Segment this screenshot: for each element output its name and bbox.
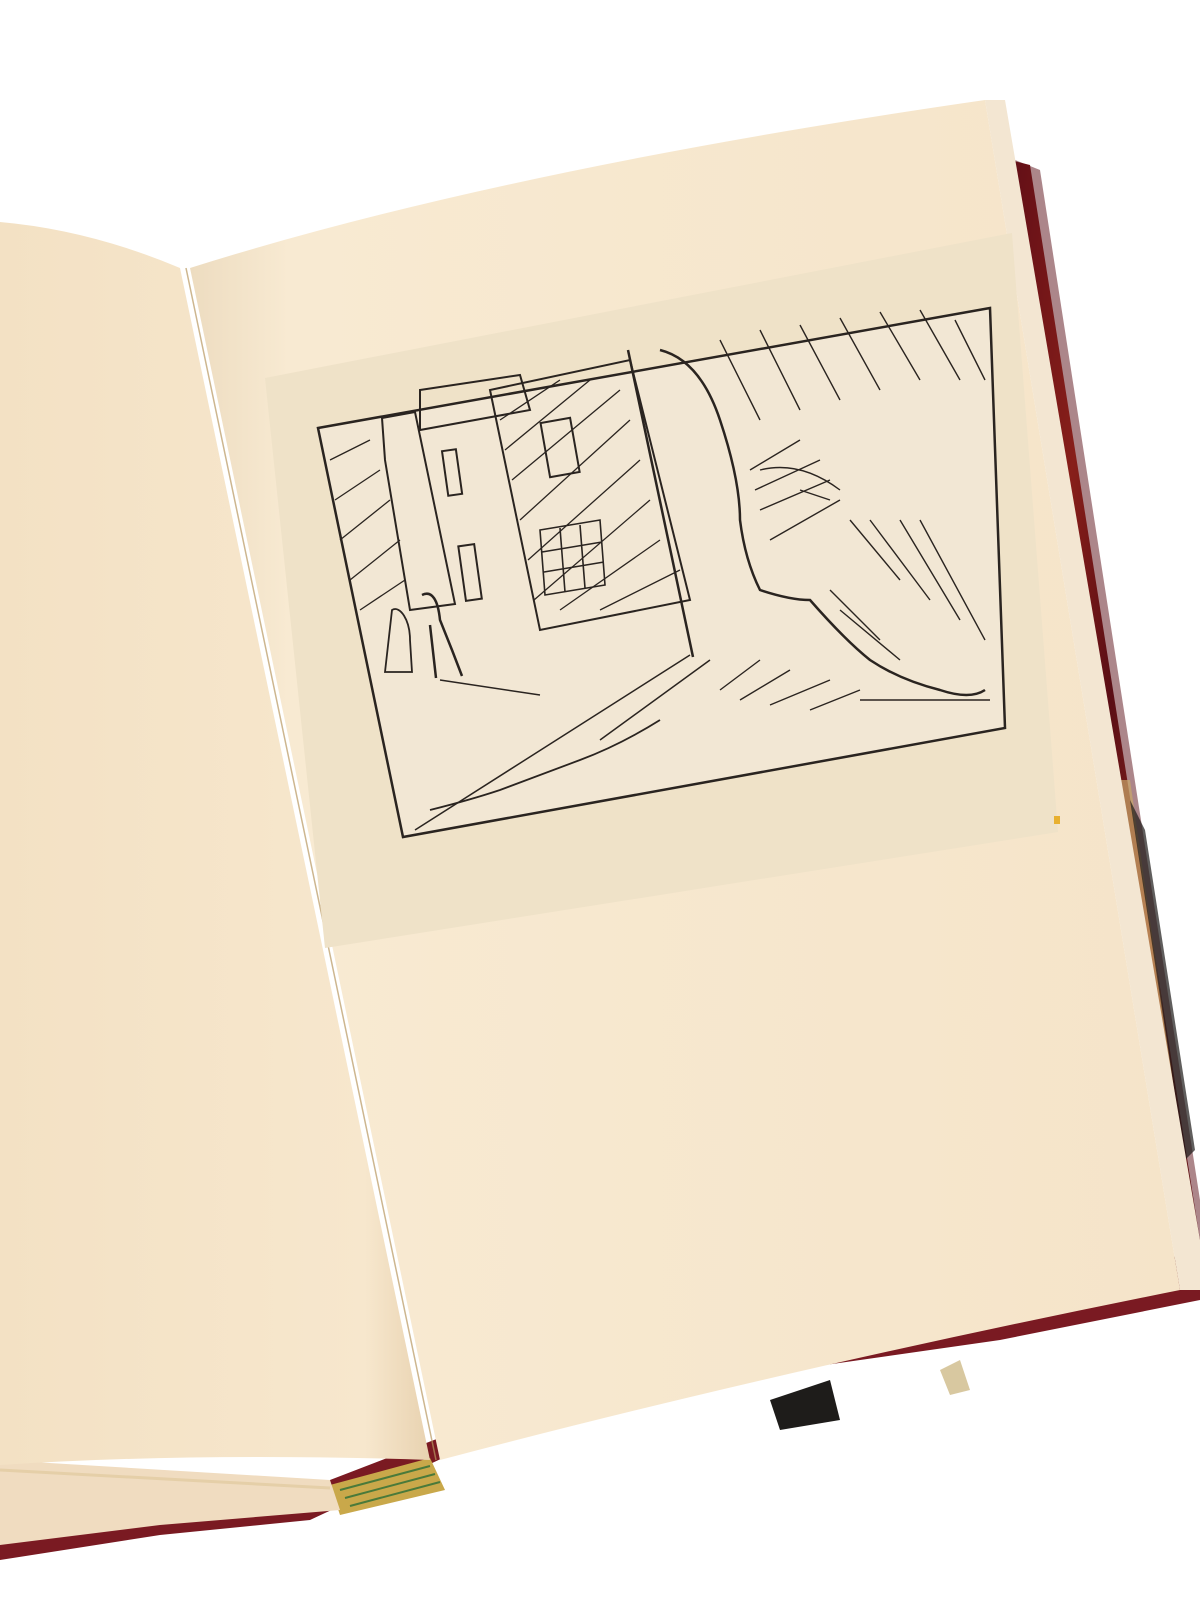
photo-scene — [0, 0, 1200, 1600]
tape-mark — [1054, 816, 1060, 824]
book-illustration — [0, 0, 1200, 1600]
